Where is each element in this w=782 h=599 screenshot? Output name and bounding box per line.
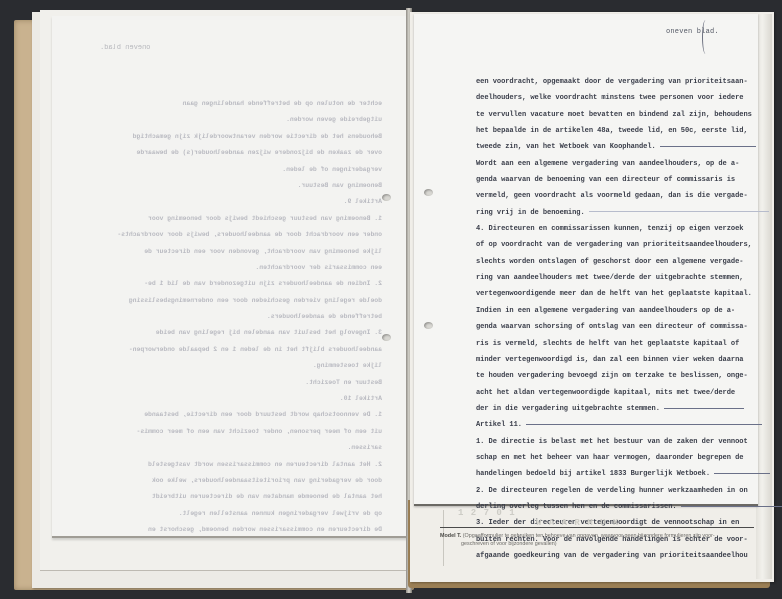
- text-line: slechts worden ontslagen of geschorst do…: [476, 254, 762, 270]
- bleed-line: betreffende de aandeelhouders.: [82, 309, 382, 325]
- left-page: oneven blad. echter de notulen op de bet…: [52, 16, 408, 538]
- text-line: genda waarvan de benoeming van een direc…: [476, 172, 762, 188]
- model-label: Model T.: [440, 533, 461, 539]
- filler-rule: [714, 473, 770, 474]
- filler-rule: [526, 424, 762, 425]
- bleed-line: Benoeming van Bestuur.: [82, 178, 382, 194]
- page-header: oneven blad.: [666, 28, 719, 36]
- right-page: oneven blad. een voordracht, opgemaakt d…: [414, 14, 758, 506]
- pencil-margin-mark: [702, 20, 709, 54]
- text-line: tweede zin, van het Wetboek van Koophand…: [476, 139, 762, 155]
- text-line: te houden vergadering bevoegd zijn om te…: [476, 368, 762, 384]
- bleed-line: lijke benoeming van voordracht, gevonden…: [82, 244, 382, 260]
- bleed-line: Artikel 10.: [82, 391, 382, 407]
- filler-rule: [660, 146, 756, 147]
- text-line: handelingen bedoeld bij artikel 1833 Bur…: [476, 466, 762, 482]
- text-line: vermeld, geen voordracht als voormeld ge…: [476, 188, 762, 204]
- text-line: ris is vermeld, slechts de helft van het…: [476, 336, 762, 352]
- text-line: vertegenwoordigende meer dan de helft va…: [476, 286, 762, 302]
- text-line: minder vertegenwoordigd is, dan zal een …: [476, 352, 762, 368]
- text-line: genda waarvan schorsing of ontslag van e…: [476, 319, 762, 335]
- bleed-line: Bestuur en Toezicht.: [82, 375, 382, 391]
- text-line: 4. Directeuren en commissarissen kunnen,…: [476, 221, 762, 237]
- caption-line-1: (Opgaafformulier te gebruiken ten behoev…: [463, 533, 715, 539]
- bleed-line: over de zaaken de bijzondere wijzen aand…: [82, 145, 382, 161]
- left-page-bleed-through-text: echter de notulen op de betreffende hand…: [82, 96, 382, 539]
- text-line: der in die vergadering uitgebrachte stem…: [476, 401, 762, 417]
- article-heading: Artikel 11.: [476, 417, 762, 433]
- text-line: Wordt aan een algemene vergadering van a…: [476, 156, 762, 172]
- typewritten-body: een voordracht, opgemaakt door de vergad…: [476, 74, 762, 564]
- filler-rule: [589, 211, 769, 212]
- text-line: deelhouders, welke voordracht minstens t…: [476, 90, 762, 106]
- text-line: ring vrij in de benoeming.: [476, 205, 762, 221]
- bleed-line: 1. Benoeming van bestuur geschiedt bewij…: [82, 211, 382, 227]
- form-caption: Model T. (Opgaafformulier te gebruiken t…: [440, 532, 756, 548]
- text-line: 1. De directie is belast met het bestuur…: [476, 434, 762, 450]
- text-line: 2. De directeuren regelen de verdeling h…: [476, 483, 762, 499]
- bleed-line: De directeuren en commissarissen worden …: [82, 522, 382, 538]
- punch-hole-icon: [424, 322, 433, 329]
- stamp-ghost-text: 1 2 7 0 1: [458, 508, 516, 518]
- bleed-line: het aantal de benoemde mandaten van de d…: [82, 489, 382, 505]
- left-page-mirrored-header: oneven blad.: [100, 44, 150, 52]
- bleed-line: Artikel 9.: [82, 194, 382, 210]
- text-line: acht het aldan vertegenwoordigde kapitaa…: [476, 385, 762, 401]
- text-line: afgaande goedkeuring van de vergadering …: [476, 548, 762, 564]
- punch-hole-icon: [424, 189, 433, 196]
- filler-rule: [664, 408, 744, 409]
- bleed-line: op de vrijwel vergaderingen kunnen aanst…: [82, 506, 382, 522]
- text-line: of op voordracht van de vergadering van …: [476, 237, 762, 253]
- bleed-line: uitgebreide geven worden.: [82, 112, 382, 128]
- bleed-line: 2. Indien de aandeelhouders zijn uitgezo…: [82, 276, 382, 292]
- text-line: een voordracht, opgemaakt door de vergad…: [476, 74, 762, 90]
- form-rule: [440, 527, 754, 528]
- text-line: te vervullen vacature moet bevatten en b…: [476, 107, 762, 123]
- bleed-line: sarissen.: [82, 440, 382, 456]
- text-line: ring van aandeelhouders met twee/derde d…: [476, 270, 762, 286]
- punch-hole-icon: [382, 334, 391, 341]
- bleed-line: vergaderingen of de leden.: [82, 162, 382, 178]
- bleed-line: aandeelhouders blijft het in de leden 1 …: [82, 342, 382, 358]
- filler-rule: [681, 506, 782, 507]
- text-line: het bepaalde in de artikelen 48a, tweede…: [476, 123, 762, 139]
- bleed-line: een commissaris der voordrachten.: [82, 260, 382, 276]
- bleed-line: door de vergadering van prioriteitsaande…: [82, 473, 382, 489]
- bleed-line: onder een voordracht door de aandeelhoud…: [82, 227, 382, 243]
- punch-hole-icon: [382, 194, 391, 201]
- bleed-line: Behoudens het de directie worden verantw…: [82, 129, 382, 145]
- bleed-line: 1. De vennootschap wordt bestuurd door e…: [82, 407, 382, 423]
- bleed-line: lijke toestemming.: [82, 358, 382, 374]
- bleed-line: 2. Het aantal directeuren en commissaris…: [82, 457, 382, 473]
- text-line: Indien in een algemene vergadering van a…: [476, 303, 762, 319]
- caption-line-2: geschreven of voor bijzondere gevallen): [440, 540, 756, 548]
- text-line: schap en met het beheer van haar vermoge…: [476, 450, 762, 466]
- bleed-line: 3. Ingevolg het besluit van aandelen bij…: [82, 325, 382, 341]
- bleed-line: doelde regeling vierden geschieden door …: [82, 293, 382, 309]
- bleed-line: uit een of meer personen, onder toezicht…: [82, 424, 382, 440]
- bleed-line: echter de notulen op de betreffende hand…: [82, 96, 382, 112]
